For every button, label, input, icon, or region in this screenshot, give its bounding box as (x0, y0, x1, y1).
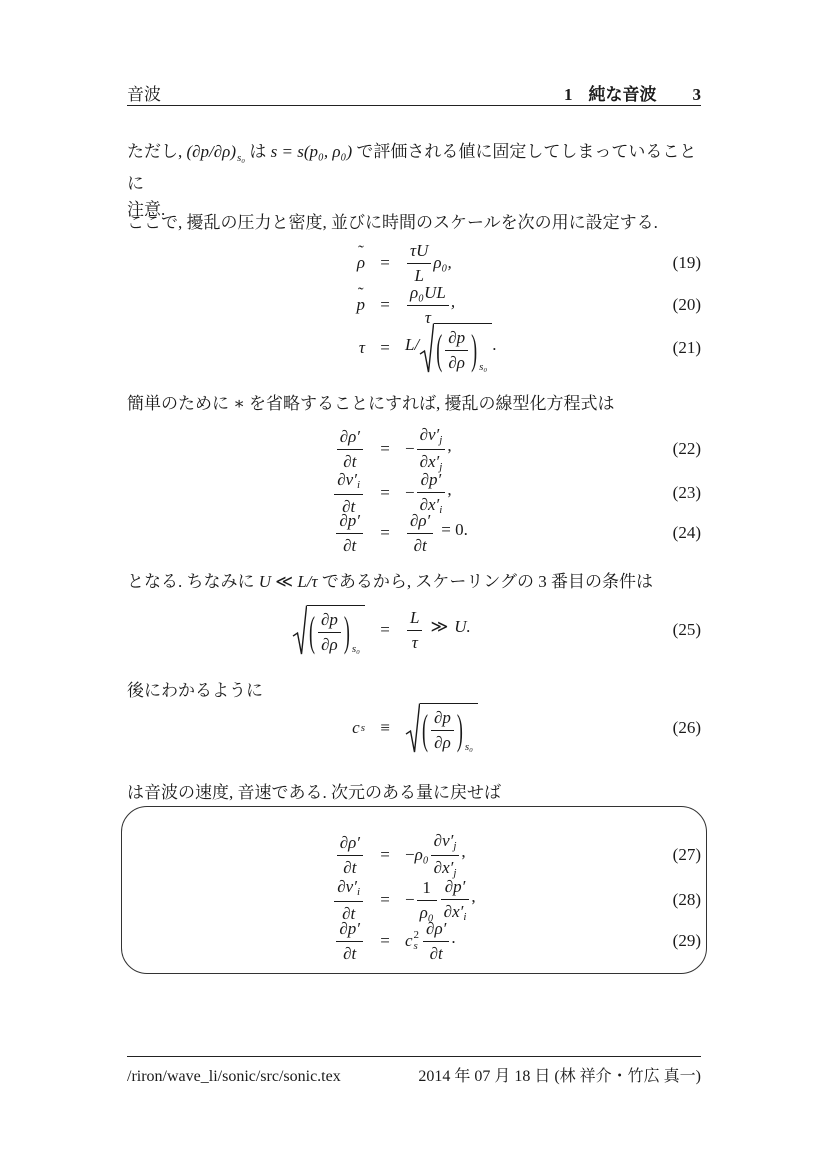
trailing-period: . (451, 928, 455, 948)
eq29-lhs: ∂p′∂t (127, 918, 365, 964)
entropy-subscript: s₀ (479, 361, 487, 373)
fraction-numerator: ∂v′j (431, 830, 460, 856)
equation-22: ∂ρ′∂t = − ∂v′j ∂x′j , (22) (127, 424, 701, 470)
trailing-comma: , (471, 887, 475, 907)
fraction: ∂v′i ∂t (334, 876, 363, 924)
footer-rule (127, 1056, 701, 1057)
fraction-numerator: ∂p (431, 707, 454, 731)
eq25-rhs: Lτ ≫ U. (405, 607, 471, 653)
fraction-numerator: ∂v′j (417, 424, 446, 450)
velocity-term: ∂v′ (434, 831, 454, 850)
fraction-denominator: ∂t (336, 534, 363, 557)
equation-number: (26) (673, 718, 701, 738)
equation-number: (28) (673, 890, 701, 910)
right-parenthesis: ) (456, 705, 464, 754)
eq25-lhs: ( ∂p∂ρ ) s₀ (127, 605, 365, 655)
eq21-rhs: L/ ( ∂p∂ρ ) s₀ . (405, 323, 496, 373)
fraction-numerator: ∂p (445, 327, 468, 351)
eq24-relation: = (365, 523, 405, 543)
trailing-comma: , (451, 292, 455, 312)
equals-sign: = (380, 338, 390, 358)
document-page: 音波 1純な音波3 ただし, (∂p/∂ρ)s₀ は s = s(p₀, ρ₀)… (0, 0, 826, 1169)
eq21-lhs: τ (127, 338, 365, 358)
eq27-lhs: ∂ρ′∂t (127, 832, 365, 878)
equation-23: ∂v′i ∂t = − ∂p′ ∂x′i , (23) (127, 469, 701, 515)
fraction: ∂p∂ρ (445, 327, 468, 373)
fraction: ∂p′∂t (336, 918, 363, 964)
velocity-scale-term: U. (454, 617, 471, 637)
section-title: 純な音波 (589, 85, 657, 104)
equation-24: ∂p′∂t = ∂ρ′∂t = 0. (24) (127, 510, 701, 556)
fraction-numerator: ∂p′ (336, 510, 363, 534)
eq25-number: (25) (471, 620, 701, 640)
eq19-rhs: τUL ρ₀, (405, 240, 452, 286)
text-run: となる. ちなみに (127, 572, 259, 591)
equation-19: ˜ρ = τUL ρ₀, (19) (127, 240, 701, 286)
equation-number: (21) (673, 338, 701, 358)
fraction-numerator: L (407, 607, 422, 631)
eq28-rhs: − 1ρ₀ ∂p′ ∂x′i , (405, 876, 476, 924)
trailing-comma: , (447, 436, 451, 456)
eq23-relation: = (365, 483, 405, 503)
text-run: は音波の速度, 音速である. 次元のある量に戻せば (127, 783, 501, 802)
equation-21: τ = L/ ( ∂p∂ρ ) s₀ . (21) (127, 316, 701, 380)
fraction-numerator: ∂p′ (336, 918, 363, 942)
eq29-rhs: c 2s ∂ρ′∂t . (405, 918, 456, 964)
text-run: であるから, スケーリングの 3 番目の条件は (318, 572, 653, 591)
eq20-relation: = (365, 295, 405, 315)
text-run: 簡単のために ∗ を省略することにすれば, 擾乱の線型化方程式は (127, 394, 615, 413)
eq24-lhs: ∂p′∂t (127, 510, 365, 556)
equals-sign: = (380, 620, 390, 640)
fraction: 1ρ₀ (417, 877, 437, 923)
squared-s-subscript: 2s (414, 930, 420, 953)
equation-number: (20) (673, 295, 701, 315)
radicand: ( ∂p∂ρ ) s₀ (307, 605, 365, 655)
index-subscript: i (357, 886, 360, 898)
paragraph-2: ここで, 擾乱の圧力と密度, 並びに時間のスケールを次の用に設定する. (127, 210, 701, 236)
left-parenthesis: ( (308, 607, 316, 656)
equals-sign: = (380, 931, 390, 951)
trailing-term: ρ₀, (433, 253, 451, 273)
inline-math-subscript: s₀ (237, 152, 245, 164)
equals-sign: = (380, 890, 390, 910)
fraction-numerator: ∂ρ′ (407, 510, 433, 534)
square-root: ( ∂p∂ρ ) s₀ (419, 323, 492, 373)
eq26-lhs: cs (127, 718, 365, 738)
minus-sign: − (405, 483, 415, 503)
eq23-number: (23) (452, 483, 701, 503)
fraction: ∂ρ′∂t (407, 510, 433, 556)
eq26-relation: ≡ (365, 718, 405, 738)
fraction-denominator: τ (407, 631, 422, 654)
density-coefficient: ρ₀ (415, 845, 429, 865)
equals-zero: = 0. (441, 520, 468, 540)
inline-math-s-eval: s = s(p₀, ρ₀) (271, 142, 353, 161)
equals-sign: = (380, 439, 390, 459)
eq22-relation: = (365, 439, 405, 459)
equation-26: cs ≡ ( ∂p∂ρ ) s₀ (26) (127, 696, 701, 760)
eq27-number: (27) (466, 845, 701, 865)
radicand: ( ∂p∂ρ ) s₀ (434, 323, 492, 373)
equation-number: (25) (673, 620, 701, 640)
equation-27: ∂ρ′∂t = −ρ₀ ∂v′j ∂x′j , (27) (127, 830, 701, 876)
L-over-slash: L/ (405, 335, 419, 355)
page-number: 3 (693, 85, 702, 104)
minus-sign: − (405, 439, 415, 459)
eq26-number: (26) (478, 718, 701, 738)
left-parenthesis: ( (421, 705, 429, 754)
parenthesized-derivative: ( ∂p∂ρ ) s₀ (435, 327, 487, 373)
fraction-denominator: ∂t (336, 942, 363, 965)
tilde-accent: ˜ (358, 284, 364, 304)
trailing-comma: , (461, 842, 465, 862)
velocity-term: ∂v′ (337, 470, 357, 489)
fraction-numerator: ∂v′i (334, 876, 363, 902)
index-subscript: i (357, 479, 360, 491)
paragraph-3: 簡単のために ∗ を省略することにすれば, 擾乱の線型化方程式は (127, 391, 701, 417)
inline-math-ULtau: U ≪ L/τ (259, 572, 318, 591)
equation-29: ∂p′∂t = c 2s ∂ρ′∂t . (29) (127, 918, 701, 964)
paragraph-6: は音波の速度, 音速である. 次元のある量に戻せば (127, 780, 701, 806)
fraction: ∂p∂ρ (318, 609, 341, 655)
coordinate-term: ∂x′ (420, 452, 440, 471)
eq22-rhs: − ∂v′j ∂x′j , (405, 424, 452, 474)
eq25-relation: = (365, 620, 405, 640)
fraction-numerator: ∂v′i (334, 469, 363, 495)
identical-to-sign: ≡ (380, 718, 390, 738)
date-and-authors: 2014 年 07 月 18 日 (林 祥介・竹広 真一) (418, 1063, 701, 1086)
equation-number: (22) (673, 439, 701, 459)
eq28-lhs: ∂v′i ∂t (127, 876, 365, 924)
eq19-lhs: ˜ρ (127, 253, 365, 273)
velocity-term: ∂v′ (337, 877, 357, 896)
fraction: ∂p′∂t (336, 510, 363, 556)
fraction: ∂ρ′∂t (337, 832, 363, 878)
equation-28: ∂v′i ∂t = − 1ρ₀ ∂p′ ∂x′i , (28) (127, 876, 701, 922)
sound-speed-symbol: c (405, 931, 413, 951)
equals-sign: = (380, 253, 390, 273)
index-subscript: j (453, 840, 456, 852)
right-parenthesis: ) (343, 607, 351, 656)
page-header: 音波 1純な音波3 (127, 80, 701, 105)
eq24-rhs: ∂ρ′∂t = 0. (405, 510, 468, 556)
eq29-relation: = (365, 931, 405, 951)
right-parenthesis: ) (470, 325, 478, 374)
trailing-period: . (492, 335, 496, 355)
left-parenthesis: ( (435, 325, 443, 374)
eq19-number: (19) (452, 253, 701, 273)
text-run: ただし, (127, 142, 187, 161)
equation-number: (29) (673, 931, 701, 951)
parenthesized-derivative: ( ∂p∂ρ ) s₀ (421, 707, 473, 753)
fraction-numerator: ∂p′ (417, 469, 446, 493)
tilde-accent: ˜ (358, 242, 364, 262)
radical-sign-icon (292, 605, 307, 655)
eq24-number: (24) (468, 523, 701, 543)
fraction: τUL (407, 240, 431, 286)
fraction: ∂ρ′∂t (337, 426, 363, 472)
minus-sign: − (405, 890, 415, 910)
text-run: ここで, 擾乱の圧力と密度, 並びに時間のスケールを次の用に設定する. (127, 213, 658, 232)
square-root: ( ∂p∂ρ ) s₀ (405, 703, 478, 753)
fraction: ∂p∂ρ (431, 707, 454, 753)
much-greater-than-sign: ≫ (430, 617, 448, 637)
text-run: は (245, 142, 271, 161)
fraction-numerator: ∂p (318, 609, 341, 633)
parenthesized-derivative: ( ∂p∂ρ ) s₀ (308, 609, 360, 655)
equals-sign: = (380, 295, 390, 315)
velocity-term: ∂v′ (420, 425, 440, 444)
eq26-rhs: ( ∂p∂ρ ) s₀ (405, 703, 478, 753)
source-file-path: /riron/wave_li/sonic/src/sonic.tex (127, 1068, 341, 1086)
eq19-relation: = (365, 253, 405, 273)
entropy-subscript: s₀ (352, 643, 360, 655)
eq22-lhs: ∂ρ′∂t (127, 426, 365, 472)
index-subscript: j (439, 434, 442, 446)
fraction-denominator: ∂t (337, 856, 363, 879)
eq28-relation: = (365, 890, 405, 910)
coordinate-term: ∂x′ (434, 858, 454, 877)
fraction: ∂v′j ∂x′j (417, 424, 446, 474)
eq29-number: (29) (456, 931, 701, 951)
eq20-lhs: ˜p (127, 295, 365, 315)
fraction-numerator: ∂ρ′ (337, 426, 363, 450)
section-number: 1 (564, 85, 573, 104)
equals-sign: = (380, 845, 390, 865)
fraction-numerator: ∂ρ′ (423, 918, 449, 942)
fraction: Lτ (407, 607, 422, 653)
equation-number: (27) (673, 845, 701, 865)
paragraph-1-line-1: ただし, (∂p/∂ρ)s₀ は s = s(p₀, ρ₀) で評価される値に固… (127, 139, 701, 197)
equation-number: (23) (673, 483, 701, 503)
fraction-denominator: ∂t (423, 942, 449, 965)
square-root: ( ∂p∂ρ ) s₀ (292, 605, 365, 655)
eq27-rhs: −ρ₀ ∂v′j ∂x′j , (405, 830, 466, 880)
equation-25: ( ∂p∂ρ ) s₀ = Lτ ≫ U. (25) (127, 598, 701, 662)
eq22-number: (22) (452, 439, 701, 459)
minus-sign: − (405, 845, 415, 865)
running-title: 音波 (127, 80, 161, 105)
fraction-numerator: ∂ρ′ (337, 832, 363, 856)
eq20-number: (20) (455, 295, 701, 315)
paragraph-4: となる. ちなみに U ≪ L/τ であるから, スケーリングの 3 番目の条件… (127, 569, 701, 595)
fraction-numerator: 1 (417, 877, 437, 901)
fraction-numerator: τU (407, 240, 431, 264)
sound-speed-symbol: c (352, 718, 360, 738)
entropy-subscript: s₀ (465, 741, 473, 753)
radical-sign-icon (405, 703, 420, 753)
fraction-denominator: ∂ρ (318, 633, 341, 656)
eq21-relation: = (365, 338, 405, 358)
eq21-number: (21) (496, 338, 701, 358)
fraction-numerator: ρ₀UL (407, 282, 449, 306)
trailing-comma: , (447, 480, 451, 500)
inline-math-dpdrho: (∂p/∂ρ) (187, 142, 237, 161)
fraction-denominator: ∂ρ (445, 351, 468, 374)
equals-sign: = (380, 483, 390, 503)
fraction: ∂ρ′∂t (423, 918, 449, 964)
fraction-numerator: ∂p′ (441, 876, 470, 900)
equals-sign: = (380, 523, 390, 543)
radical-sign-icon (419, 323, 434, 373)
equation-number: (19) (673, 253, 701, 273)
equation-number: (24) (673, 523, 701, 543)
section-heading: 1純な音波3 (564, 80, 701, 105)
radicand: ( ∂p∂ρ ) s₀ (420, 703, 478, 753)
fraction: ∂v′j ∂x′j (431, 830, 460, 880)
page-footer: /riron/wave_li/sonic/src/sonic.tex 2014 … (127, 1063, 701, 1086)
eq27-relation: = (365, 845, 405, 865)
fraction-denominator: ∂ρ (431, 731, 454, 754)
eq28-number: (28) (476, 890, 701, 910)
header-rule (127, 105, 701, 106)
s-subscript: s (414, 941, 418, 953)
fraction: ∂p′ ∂x′i (441, 876, 470, 924)
fraction-denominator: ∂t (407, 534, 433, 557)
